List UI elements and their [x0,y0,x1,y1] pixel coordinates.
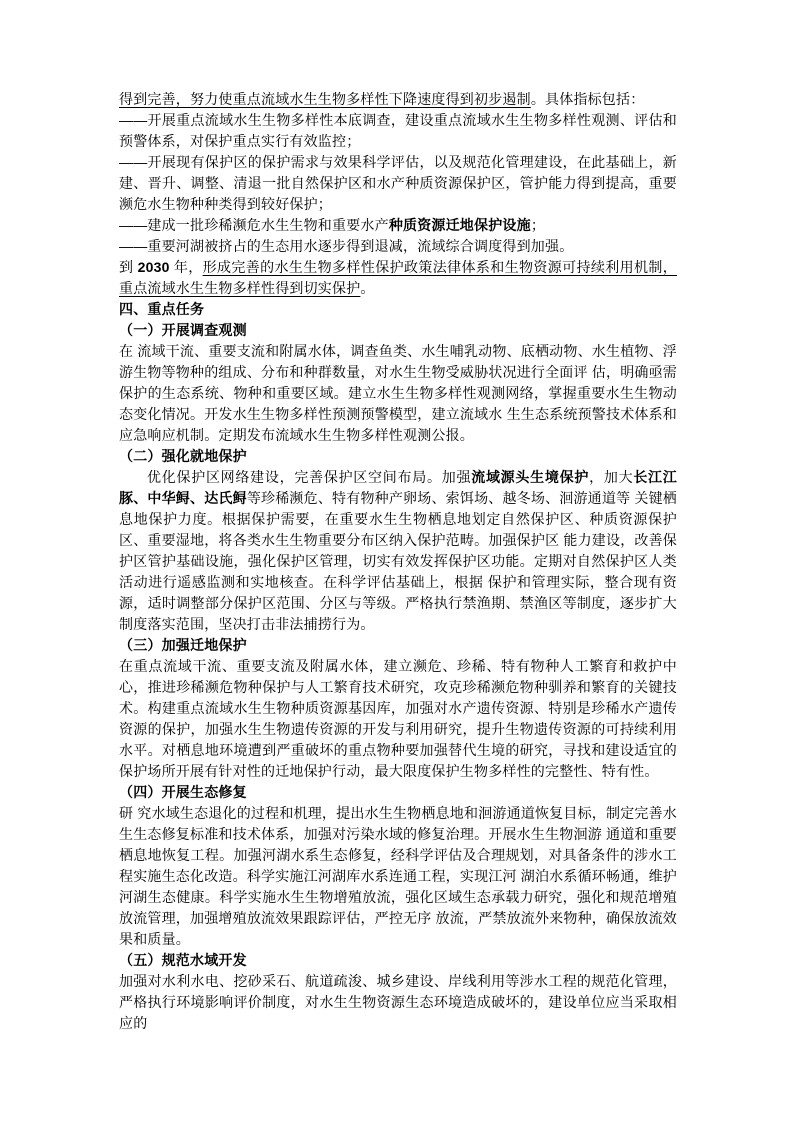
para-indicator-3: ——建成一批珍稀濒危水生生物和重要水产种质资源迁地保护设施； [119,215,677,236]
heading-task-4-restoration: （四）开展生态修复 [119,782,677,803]
para-task-3-exsitu: 在重点流域干流、重要支流及附属水体，建立濒危、珍稀、特有物种人工繁育和救护中心，… [119,656,677,782]
para-task-1-survey: 在 流域干流、重要支流和附属水体，调查鱼类、水生哺乳动物、底栖动物、水生植物、浮… [119,341,677,446]
para-continuation-goals: 得到完善，努力使重点流域水生生物多样性下降速度得到初步遏制。具体指标包括： [119,89,677,110]
heading-task-1-survey: （一）开展调查观测 [119,320,677,341]
para-2030-target: 到 2030 年，形成完善的水生生物多样性保护政策法律体系和生物资源可持续利用机… [119,257,677,299]
heading-task-2-insitu: （二）强化就地保护 [119,446,677,467]
heading-task-3-exsitu: （三）加强迁地保护 [119,635,677,656]
para-indicator-1: ——开展重点流域水生生物多样性本底调查，建设重点流域水生生物多样性观测、评估和预… [119,110,677,152]
para-indicator-2: ——开展现有保护区的保护需求与效果科学评估，以及规范化管理建设，在此基础上，新建… [119,152,677,215]
para-task-5-development: 加强对水利水电、挖砂采石、航道疏浚、城乡建设、岸线利用等涉水工程的规范化管理，严… [119,971,677,1034]
document-content: 得到完善，努力使重点流域水生生物多样性下降速度得到初步遏制。具体指标包括： ——… [119,89,677,1034]
document-page: 得到完善，努力使重点流域水生生物多样性下降速度得到初步遏制。具体指标包括： ——… [0,0,793,1122]
heading-task-5-development: （五）规范水域开发 [119,950,677,971]
para-indicator-4: ——重要河湖被挤占的生态用水逐步得到退减，流域综合调度得到加强。 [119,236,677,257]
para-task-4-restoration: 研 究水域生态退化的过程和机理，提出水生生物栖息地和洄游通道恢复目标，制定完善水… [119,803,677,950]
heading-key-tasks: 四、重点任务 [119,299,677,320]
para-task-2-insitu: 优化保护区网络建设，完善保护区空间布局。加强流域源头生境保护，加大长江江豚、中华… [119,467,677,635]
